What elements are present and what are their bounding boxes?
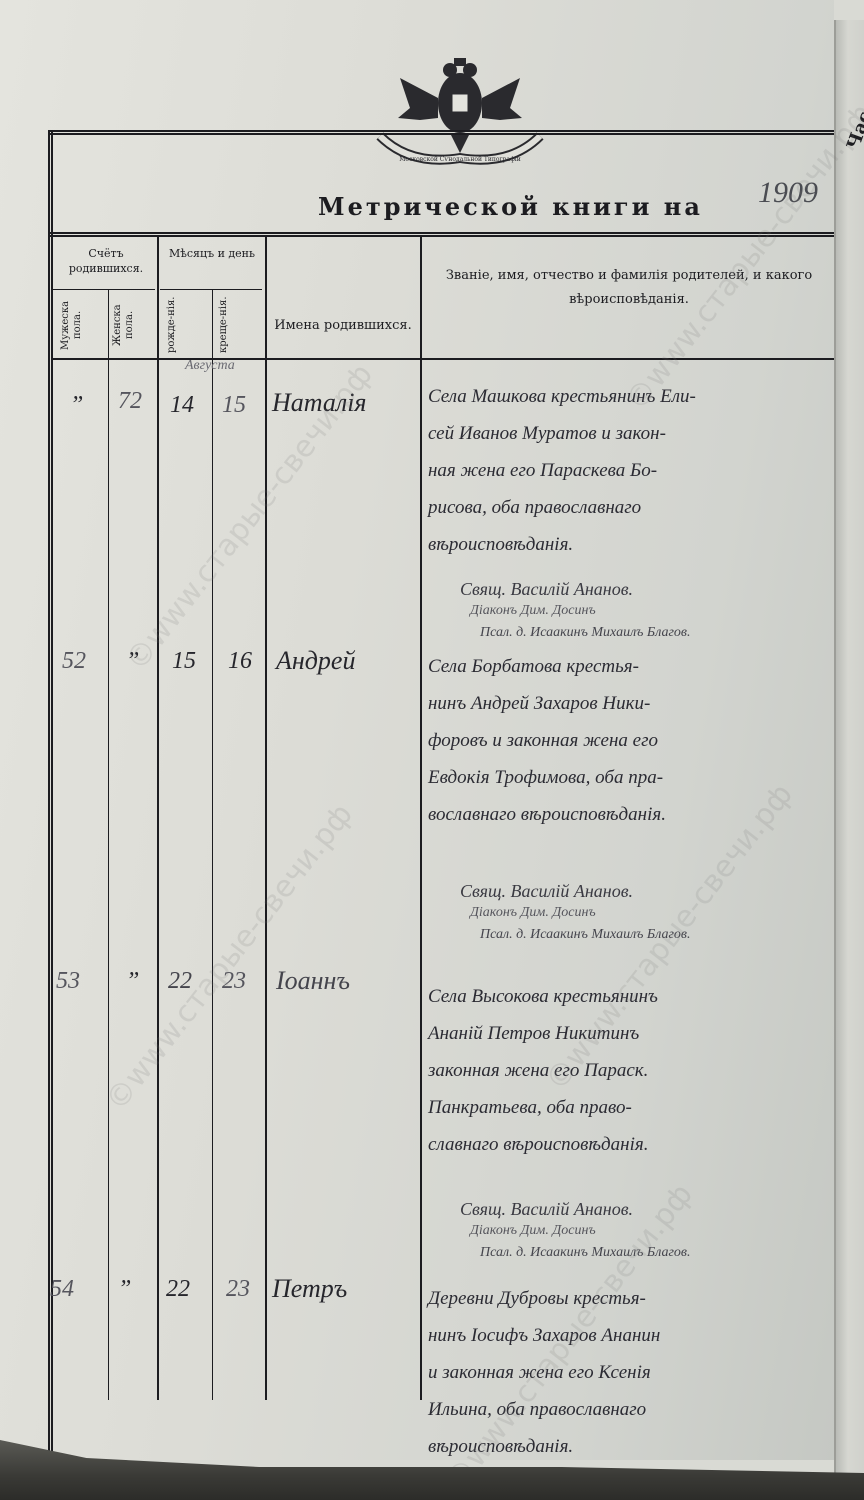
- entry-child-name: Андрей: [276, 646, 355, 676]
- count-subrule: [53, 289, 155, 290]
- header-names: Имена родившихся.: [268, 318, 418, 333]
- date-subrule: [160, 289, 262, 290]
- entry-female-no: ”: [126, 968, 139, 995]
- entry-male-no: 54: [50, 1276, 74, 1303]
- entry-born-day: 14: [170, 392, 194, 419]
- col-divider-names: [420, 237, 422, 1400]
- entry-child-name: Іоаннъ: [276, 966, 350, 996]
- col-divider-count: [157, 237, 159, 1400]
- col-divider-male: [108, 289, 109, 1400]
- header-bottom-rule: [53, 358, 834, 360]
- entry-clergy-signatures: Свящ. Василій Ананов.Діаконъ Дим. Досинъ…: [460, 880, 830, 946]
- entry-born-day: 15: [172, 648, 196, 675]
- entry-month-note: Августа: [185, 358, 235, 374]
- entry-child-name: Петръ: [272, 1274, 347, 1304]
- header-baptized: креще-нія.: [218, 296, 260, 354]
- entry-clergy-signatures: Свящ. Василій Ананов.Діаконъ Дим. Досинъ…: [460, 578, 830, 644]
- entry-female-no: ”: [118, 1276, 131, 1303]
- header-born: рожде-нія.: [166, 296, 208, 354]
- header-parents: Званіе, имя, отчество и фамилія родителе…: [424, 264, 834, 312]
- entry-baptized-day: 16: [228, 648, 252, 675]
- col-divider-date: [265, 237, 267, 1400]
- entry-male-no: 53: [56, 968, 80, 995]
- entry-male-no: ”: [70, 392, 83, 419]
- col-divider-born: [212, 289, 213, 1400]
- title-rule: [48, 232, 834, 237]
- entry-male-no: 52: [62, 648, 86, 675]
- entry-baptized-day: 15: [222, 392, 246, 419]
- header-date-group: Мѣсяцъ и день: [162, 246, 262, 261]
- entry-parents-text: Села Машкова крестьянинъ Ели-сей Иванов …: [428, 378, 833, 563]
- entry-female-no: 72: [118, 388, 142, 415]
- page-title: Метрической книги на: [318, 192, 703, 221]
- entry-born-day: 22: [166, 1276, 190, 1303]
- header-count-group: Счётъ родившихся.: [56, 246, 156, 276]
- header-male: Мужеска пола.: [60, 296, 104, 354]
- header-female: Женска пола.: [112, 296, 154, 354]
- entry-baptized-day: 23: [226, 1276, 250, 1303]
